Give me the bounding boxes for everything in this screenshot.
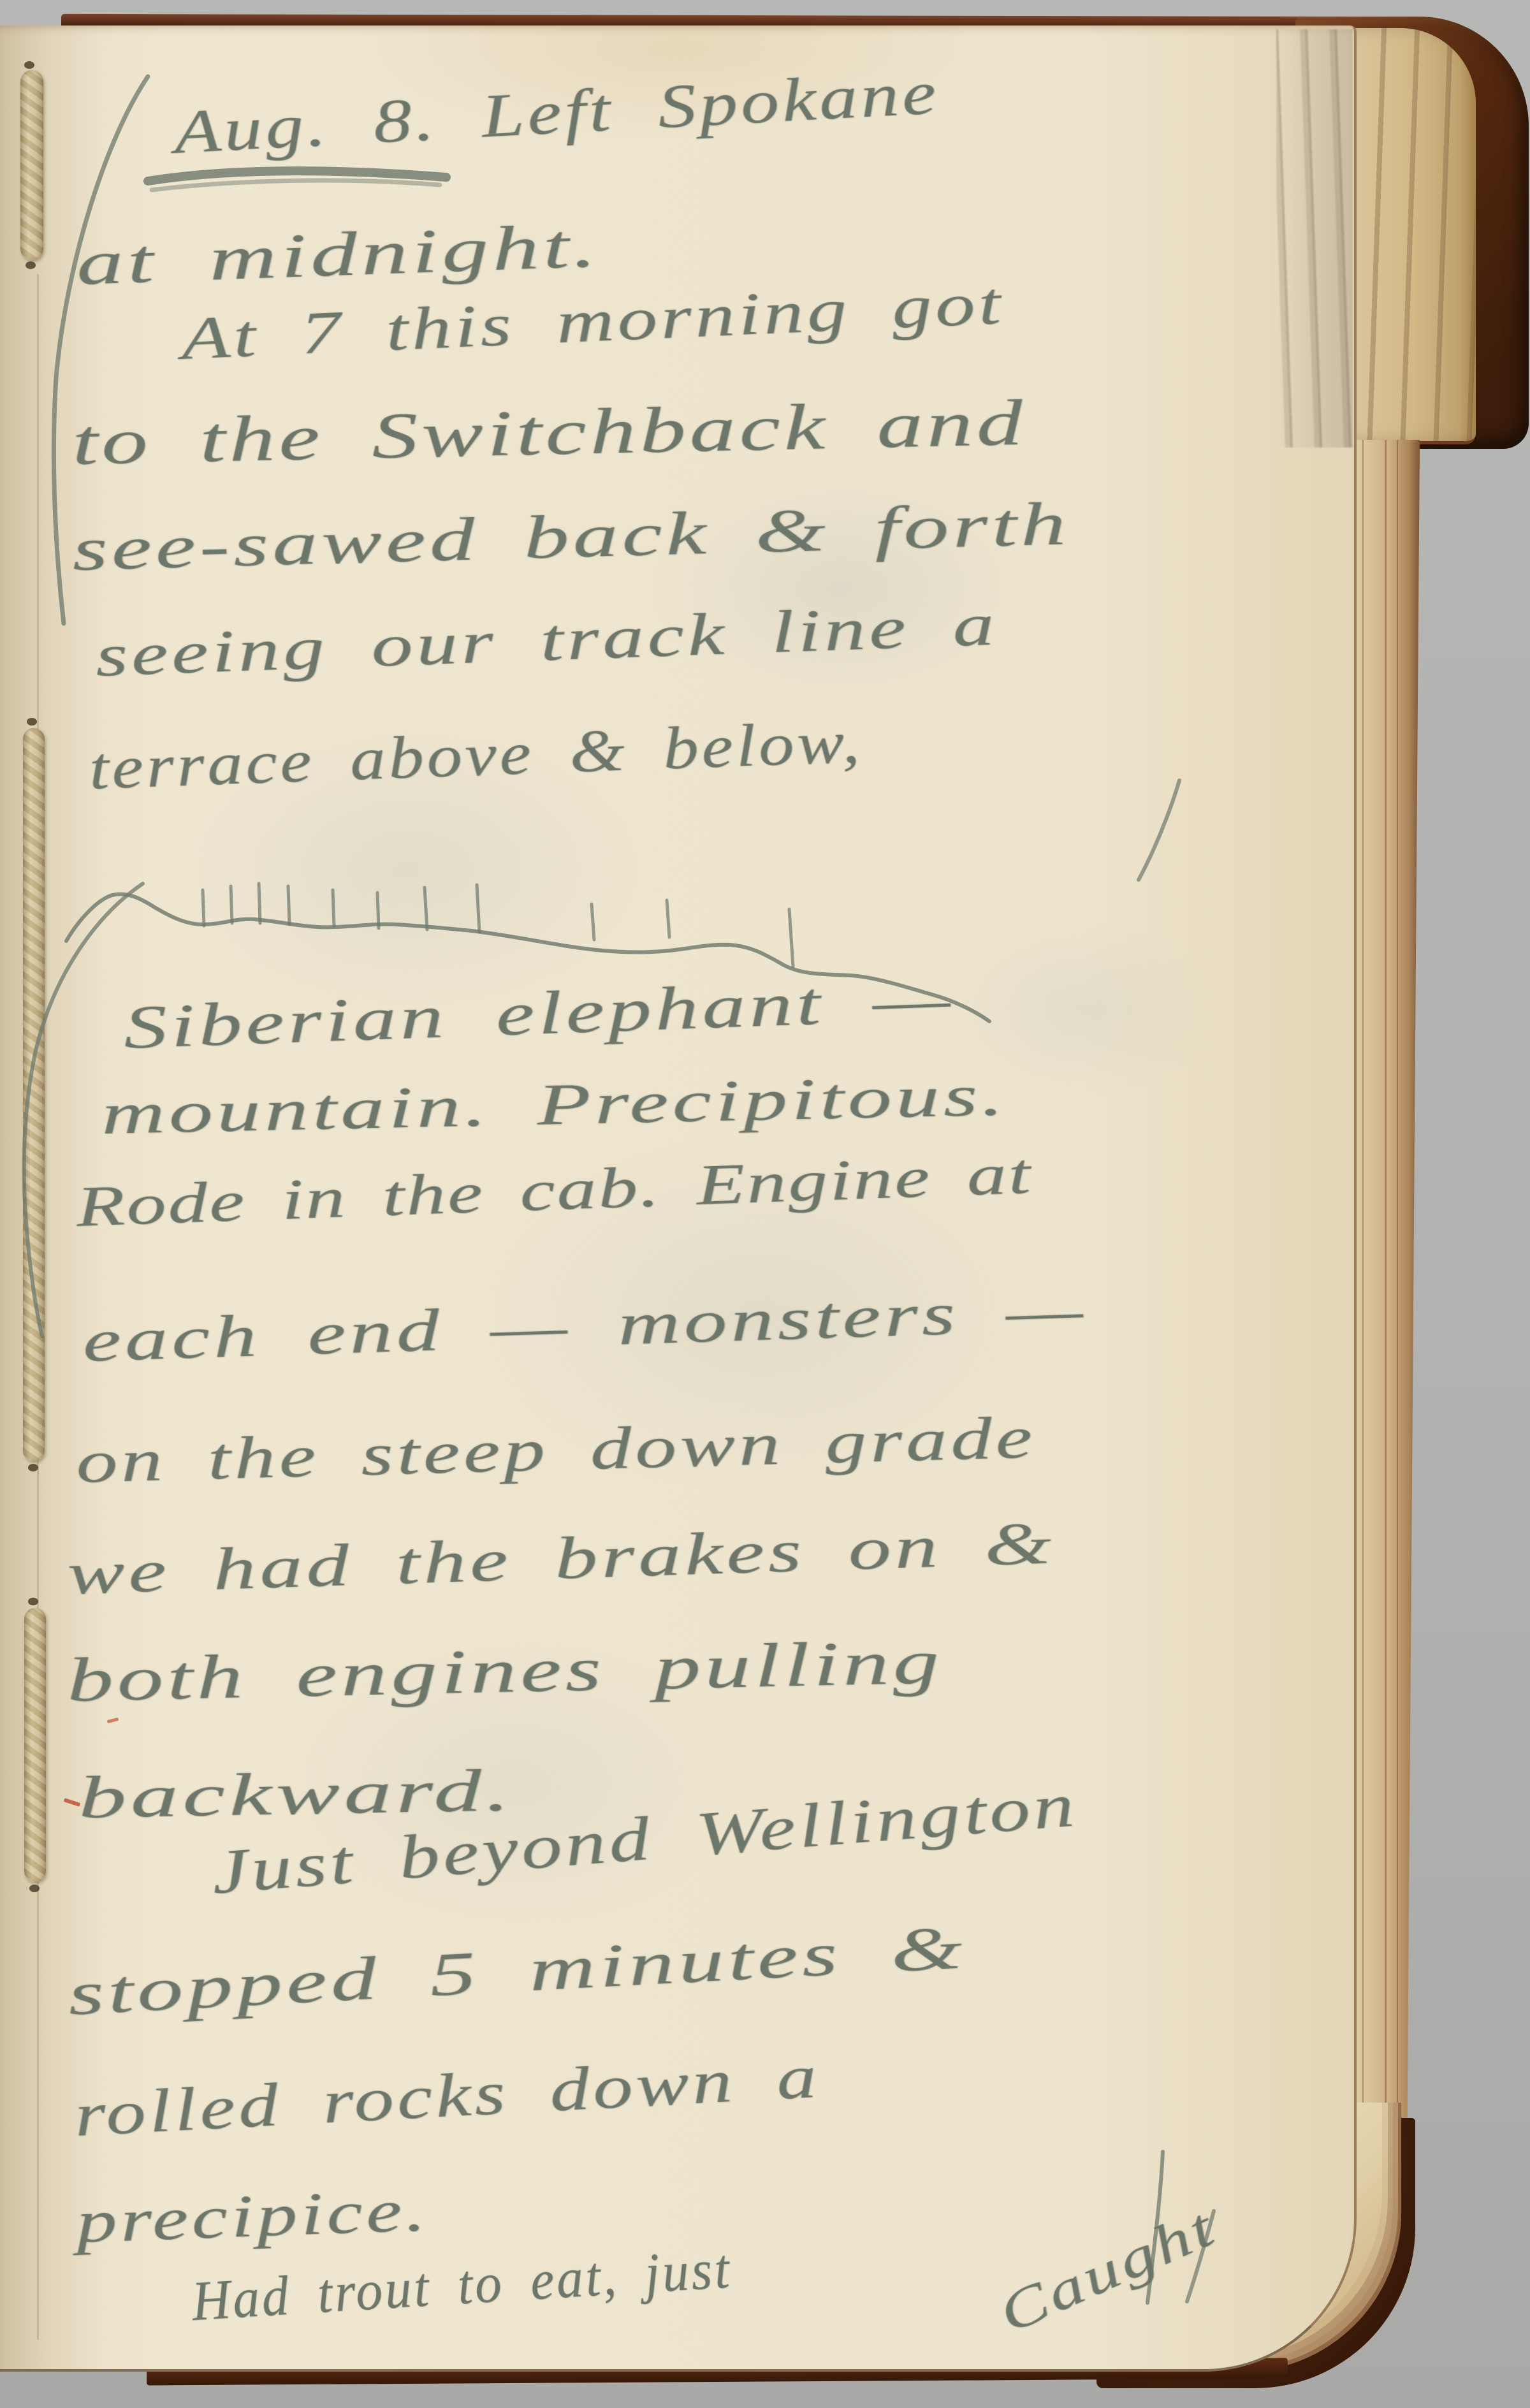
stitch-hole [29, 1885, 40, 1892]
binding-stitch-middle [23, 728, 45, 1461]
handwritten-line-19: precipice. [75, 2176, 430, 2257]
stitch-hole [24, 61, 34, 69]
binding-stitch-lower [24, 1608, 46, 1882]
stitch-hole [28, 1464, 38, 1471]
binding-stitch-top [20, 70, 43, 260]
stitch-hole [28, 1598, 38, 1605]
notebook-photo: Aug. 8. Left Spokane at midnight. At 7 t… [0, 0, 1530, 2408]
page-edge-crumple-shadow [1276, 29, 1353, 448]
stitch-hole [27, 718, 37, 726]
stitch-hole [25, 261, 36, 269]
